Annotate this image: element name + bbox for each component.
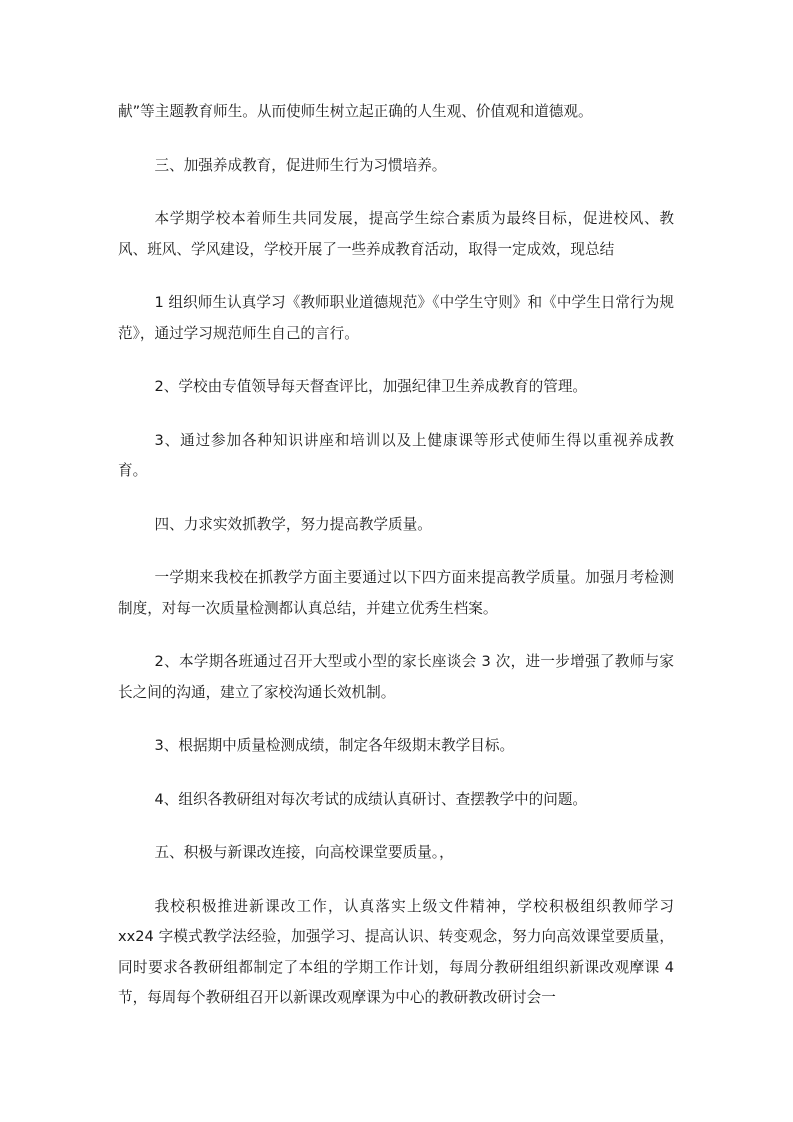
paragraph: 3、根据期中质量检测成绩，制定各年级期末教学目标。 <box>118 731 674 762</box>
paragraph: 2、学校由专值领导每天督查评比，加强纪律卫生养成教育的管理。 <box>118 372 674 403</box>
section-heading-4: 四、力求实效抓教学，努力提高教学质量。 <box>118 510 674 541</box>
paragraph-continuation: 献”等主题教育师生。从而使师生树立起正确的人生观、价值观和道德观。 <box>118 97 674 128</box>
paragraph: 1 组织师生认真学习《教师职业道德规范》《中学生守则》和《中学生日常行为规范》，… <box>118 288 674 349</box>
paragraph: 2、本学期各班通过召开大型或小型的家长座谈会 3 次，进一步增强了教师与家长之间… <box>118 647 674 708</box>
paragraph: 我校积极推进新课改工作，认真落实上级文件精神，学校积极组织教师学习 xx24 字… <box>118 892 674 1014</box>
paragraph: 本学期学校本着师生共同发展，提高学生综合素质为最终目标，促进校风、教风、班风、学… <box>118 204 674 265</box>
paragraph: 3、通过参加各种知识讲座和培训以及上健康课等形式使师生得以重视养成教育。 <box>118 426 674 487</box>
paragraph: 一学期来我校在抓教学方面主要通过以下四方面来提高教学质量。加强月考检测制度，对每… <box>118 563 674 624</box>
paragraph: 4、组织各教研组对每次考试的成绩认真研讨、查摆教学中的问题。 <box>118 785 674 816</box>
section-heading-3: 三、加强养成教育，促进师生行为习惯培养。 <box>118 151 674 182</box>
document-page: 献”等主题教育师生。从而使师生树立起正确的人生观、价值观和道德观。 三、加强养成… <box>118 97 674 1014</box>
section-heading-5: 五、积极与新课改连接，向高校课堂要质量。， <box>118 838 674 869</box>
